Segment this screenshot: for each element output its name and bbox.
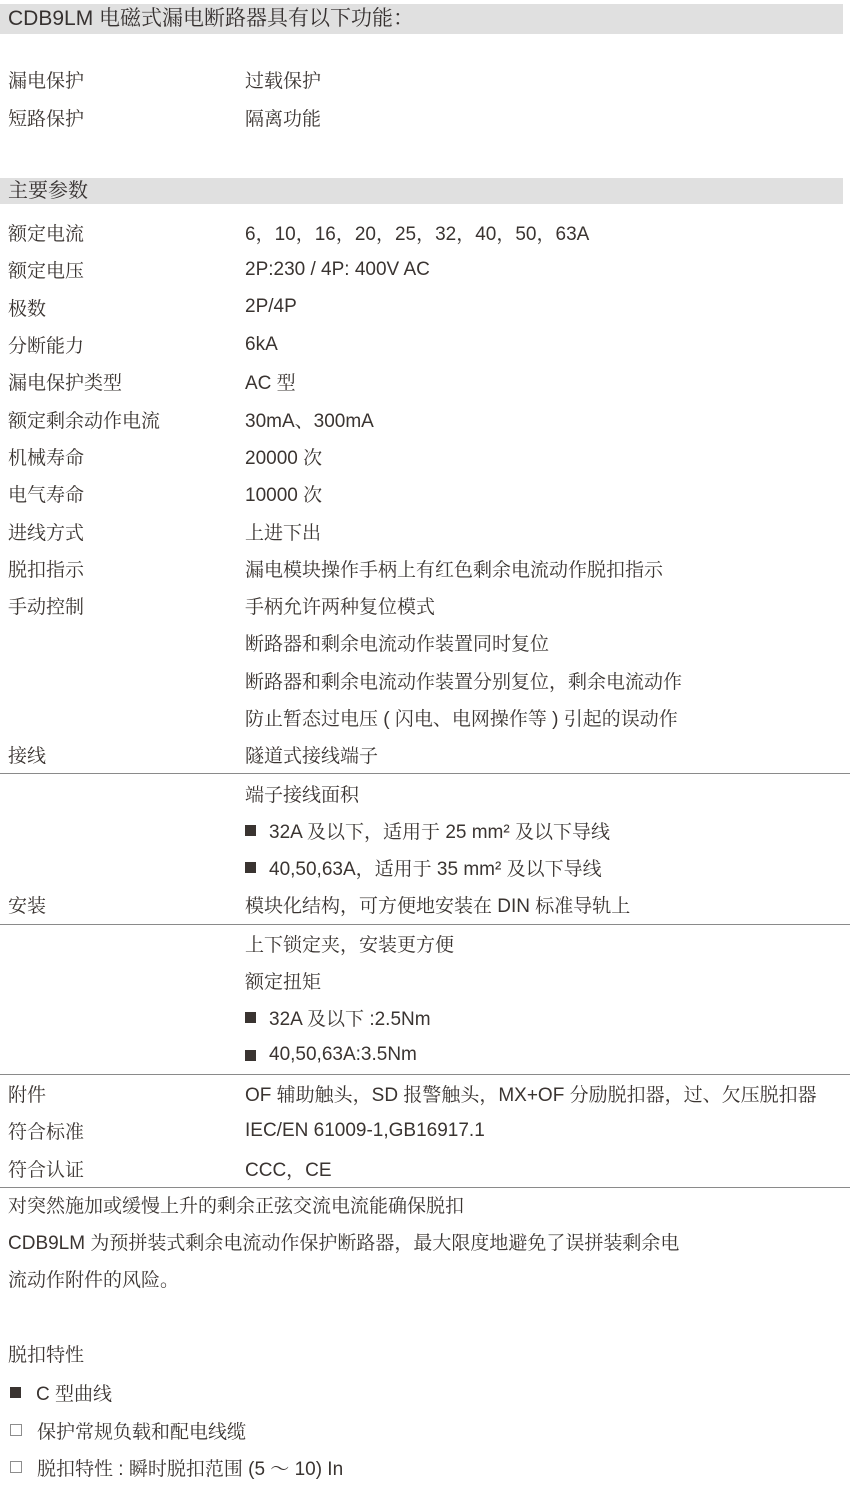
title-bar: CDB9LM 电磁式漏电断路器具有以下功能： [0,4,843,34]
spec-label: 额定电压 [8,256,245,283]
spec-value: 32A 及以下，适用于 25 mm² 及以下导线 [245,817,850,844]
open-square-bullet-icon [10,1424,22,1436]
spec-value: 2P/4P [245,296,850,318]
spec-label: 符合认证 [8,1155,245,1182]
section-title: 主要参数 [8,180,88,202]
feature-item: 漏电保护 [8,66,245,93]
spec-row: 断路器和剩余电流动作装置分别复位，剩余电流动作 [0,662,850,699]
filled-square-bullet-icon [245,1012,256,1023]
spec-value-text: 40,50,63A:3.5Nm [269,1044,417,1066]
list-item-text: 保护常规负载和配电线缆 [37,1417,246,1444]
spec-value: 防止暂态过电压 ( 闪电、电网操作等 ) 引起的误动作 [245,704,850,731]
open-square-bullet-icon [10,1461,22,1473]
spec-label: 电气寿命 [8,480,245,507]
filled-square-bullet-icon [245,825,256,836]
spacer [0,1300,850,1337]
spec-label: 安装 [8,891,245,918]
feature-row: 短路保护 隔离功能 [8,98,850,136]
spec-row: 进线方式 上进下出 [0,512,850,549]
feature-row: 漏电保护 过载保护 [8,60,850,98]
spec-value: 上进下出 [245,518,850,545]
note-line: 流动作附件的风险。 [0,1262,850,1299]
spec-label: 机械寿命 [8,443,245,470]
list-item-text: 脱扣特性 : 瞬时脱扣范围 (5 ～ 10) In [37,1454,343,1481]
spec-row: 端子接线面积 [0,774,850,811]
spec-row: 脱扣指示 漏电模块操作手柄上有红色剩余电流动作脱扣指示 [0,550,850,587]
feature-item: 短路保护 [8,104,245,131]
spec-value: 上下锁定夹，安装更方便 [245,930,850,957]
spec-label: 进线方式 [8,518,245,545]
spec-value-text: 40,50,63A，适用于 35 mm² 及以下导线 [269,854,602,881]
spec-value: IEC/EN 61009-1,GB16917.1 [245,1120,850,1142]
spec-row: 32A 及以下 :2.5Nm [0,999,850,1036]
spec-row: 符合标准 IEC/EN 61009-1,GB16917.1 [0,1112,850,1149]
filled-square-bullet-icon [245,862,256,873]
spec-row: 分断能力 6kA [0,326,850,363]
spec-value-text: 32A 及以下，适用于 25 mm² 及以下导线 [269,817,610,844]
spec-value: 隧道式接线端子 [245,741,850,768]
list-item: 脱扣特性 : 瞬时脱扣范围 (5 ～ 10) In [0,1449,850,1486]
feature-item: 隔离功能 [245,104,321,131]
spec-value: 40,50,63A:3.5Nm [245,1044,850,1066]
spec-row: 极数 2P/4P [0,289,850,326]
spec-value: 额定扭矩 [245,967,850,994]
spec-label: 极数 [8,294,245,321]
spec-label: 额定电流 [8,219,245,246]
page-title: CDB9LM 电磁式漏电断路器具有以下功能： [8,7,414,30]
spec-row: 手动控制 手柄允许两种复位模式 [0,587,850,624]
spec-row: 额定电压 2P:230 / 4P: 400V AC [0,251,850,288]
spec-value: 2P:230 / 4P: 400V AC [245,259,850,281]
spec-value: 32A 及以下 :2.5Nm [245,1004,850,1031]
spec-label: 额定剩余动作电流 [8,406,245,433]
spec-value: 断路器和剩余电流动作装置同时复位 [245,629,850,656]
spec-row: 额定扭矩 [0,962,850,999]
spec-value: 30mA、300mA [245,406,850,433]
list-item-text: C 型曲线 [36,1379,112,1406]
spec-row: 32A 及以下，适用于 25 mm² 及以下导线 [0,812,850,849]
spec-row: 安装 模块化结构，可方便地安装在 DIN 标准导轨上 [0,886,850,923]
spec-row: 附件 OF 辅助触头，SD 报警触头，MX+OF 分励脱扣器，过、欠压脱扣器 [0,1075,850,1112]
spec-label: 手动控制 [8,592,245,619]
note-line: 对突然施加或缓慢上升的剩余正弦交流电流能确保脱扣 [0,1188,850,1225]
spec-value: 手柄允许两种复位模式 [245,592,850,619]
feature-item: 过载保护 [245,66,321,93]
spec-value: 端子接线面积 [245,780,850,807]
spec-row: 上下锁定夹，安装更方便 [0,925,850,962]
spec-label: 漏电保护类型 [8,368,245,395]
spec-row: 额定电流 6，10，16，20，25，32，40，50，63A [0,214,850,251]
filled-square-bullet-icon [245,1050,256,1061]
note-line: CDB9LM 为预拼装式剩余电流动作保护断路器，最大限度地避免了误拼装剩余电 [0,1225,850,1262]
spec-label: 符合标准 [8,1117,245,1144]
spec-value: OF 辅助触头，SD 报警触头，MX+OF 分励脱扣器，过、欠压脱扣器 [245,1080,850,1107]
spec-row: 漏电保护类型 AC 型 [0,363,850,400]
spec-value: 模块化结构，可方便地安装在 DIN 标准导轨上 [245,891,850,918]
section-bar: 主要参数 [0,178,843,204]
trip-characteristics-list: C 型曲线 保护常规负载和配电线缆 脱扣特性 : 瞬时脱扣范围 (5 ～ 10)… [0,1374,850,1486]
spec-value: CCC，CE [245,1155,850,1182]
spec-row: 40,50,63A:3.5Nm [0,1037,850,1074]
spec-value-text: 32A 及以下 :2.5Nm [269,1004,431,1031]
spec-row: 断路器和剩余电流动作装置同时复位 [0,624,850,661]
list-item: C 型曲线 [0,1374,850,1411]
trip-characteristics-heading: 脱扣特性 [0,1337,850,1374]
spec-value: 20000 次 [245,443,850,470]
spec-value: 断路器和剩余电流动作装置分别复位，剩余电流动作 [245,667,850,694]
spec-row: 防止暂态过电压 ( 闪电、电网操作等 ) 引起的误动作 [0,699,850,736]
spec-value: AC 型 [245,368,850,395]
spec-row: 额定剩余动作电流 30mA、300mA [0,400,850,437]
spec-row: 40,50,63A，适用于 35 mm² 及以下导线 [0,849,850,886]
spec-row: 符合认证 CCC，CE [0,1149,850,1186]
spec-label: 接线 [8,741,245,768]
spec-value: 10000 次 [245,480,850,507]
spec-row: 接线 隧道式接线端子 [0,736,850,773]
features-list: 漏电保护 过载保护 短路保护 隔离功能 [0,60,850,136]
spec-row: 电气寿命 10000 次 [0,475,850,512]
spec-row: 机械寿命 20000 次 [0,438,850,475]
spec-label: 分断能力 [8,331,245,358]
spec-value: 漏电模块操作手柄上有红色剩余电流动作脱扣指示 [245,555,850,582]
spec-table: 额定电流 6，10，16，20，25，32，40，50，63A 额定电压 2P:… [0,214,850,1188]
filled-square-bullet-icon [10,1387,21,1398]
spec-label: 脱扣指示 [8,555,245,582]
list-item: 保护常规负载和配电线缆 [0,1412,850,1449]
spec-value: 6，10，16，20，25，32，40，50，63A [245,219,850,246]
spec-value: 40,50,63A，适用于 35 mm² 及以下导线 [245,854,850,881]
spec-label: 附件 [8,1080,245,1107]
notes: 对突然施加或缓慢上升的剩余正弦交流电流能确保脱扣 CDB9LM 为预拼装式剩余电… [0,1188,850,1300]
spec-value: 6kA [245,334,850,356]
